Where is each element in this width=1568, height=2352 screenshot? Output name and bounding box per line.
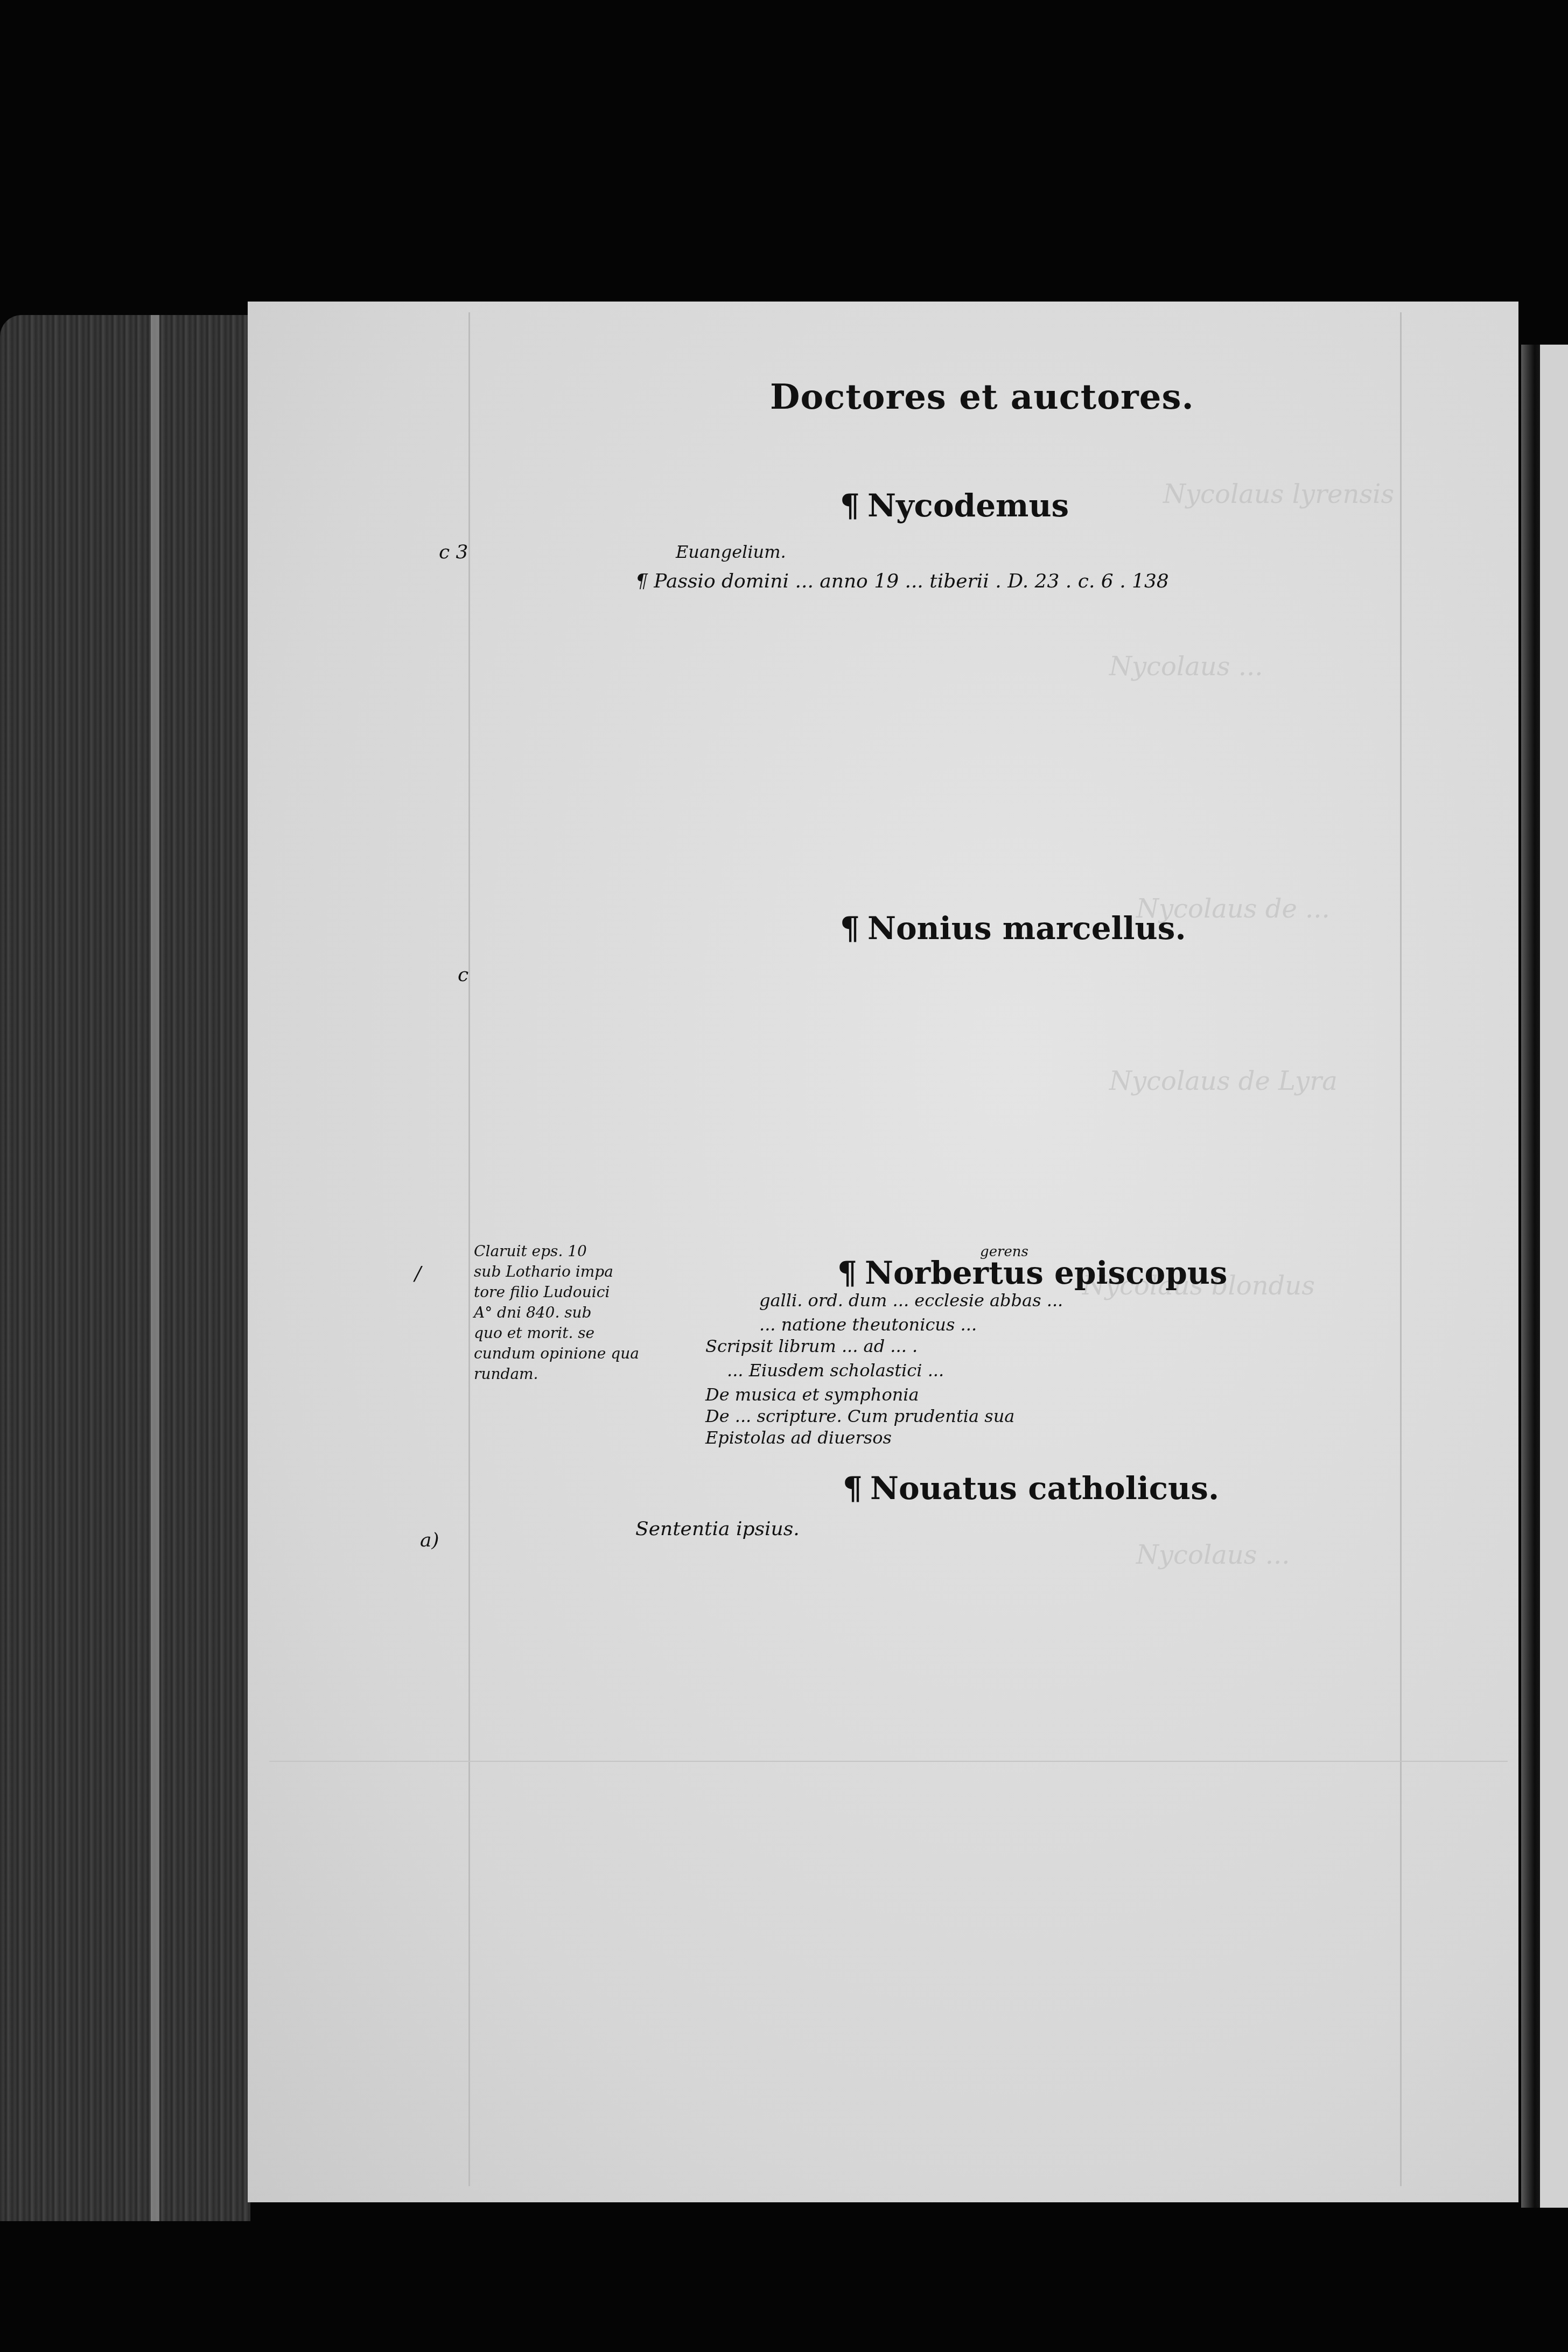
entry-line: De musica et symphonia [705, 1384, 919, 1405]
show-through-text: Nycolaus ... [1136, 1540, 1290, 1570]
entry-heading-text: Nycodemus [867, 487, 1069, 524]
entry-heading-text: Nouatus catholicus. [870, 1470, 1219, 1507]
entry-line: ... natione theutonicus ... [759, 1314, 977, 1335]
ruling-line [1400, 312, 1402, 2186]
pilcrow-icon: ¶ [840, 910, 860, 947]
margin-mark: / [415, 1263, 421, 1285]
margin-note-line: cundum opinione qua [474, 1343, 652, 1364]
margin-note-line: tore filio Ludouici [474, 1282, 652, 1303]
entry-heading-text: Norbertus episcopus [865, 1255, 1228, 1291]
entry-heading-nouatus: ¶Nouatus catholicus. [843, 1470, 1219, 1507]
show-through-text: Nycolaus ... [1109, 652, 1263, 682]
entry-line: galli. ord. dum ... ecclesie abbas ... [759, 1290, 1063, 1311]
entry-heading-nycodemus: ¶Nycodemus [840, 487, 1069, 524]
pilcrow-icon: ¶ [843, 1470, 863, 1507]
entry-heading-text: Nonius marcellus. [867, 910, 1186, 947]
margin-note-line: Claruit eps. 10 [474, 1241, 652, 1262]
entry-heading-nonius: ¶Nonius marcellus. [840, 910, 1186, 947]
margin-mark: a) [420, 1529, 439, 1551]
ruling-line [269, 1761, 1508, 1762]
entry-line: Sententia ipsius. [635, 1518, 800, 1540]
entry-line: ¶ Passio domini ... anno 19 ... tiberii … [635, 571, 1169, 592]
margin-mark: c 3 [439, 541, 468, 563]
entry-line: Epistolas ad diuersos [705, 1427, 892, 1448]
show-through-text: Nycolaus de Lyra [1109, 1066, 1338, 1096]
ruling-line [468, 312, 470, 2186]
pilcrow-icon: ¶ [837, 1255, 857, 1291]
entry-line: Scripsit librum ... ad ... . [705, 1335, 918, 1357]
entry-line: Euangelium. [676, 541, 786, 563]
margin-note-line: quo et morit. se [474, 1323, 652, 1343]
margin-note-line: rundam. [474, 1364, 652, 1384]
show-through-text: Nycolaus lyrensis [1163, 479, 1394, 509]
entry-line: ... Eiusdem scholastici ... [727, 1360, 944, 1381]
facing-page-edge [1540, 345, 1568, 2208]
margin-note-line: A° dni 840. sub [474, 1303, 652, 1323]
entry-line: De ... scripture. Cum prudentia sua [705, 1405, 1014, 1427]
margin-note: Claruit eps. 10 sub Lothario impa tore f… [474, 1241, 652, 1384]
pilcrow-icon: ¶ [840, 487, 860, 524]
margin-note-line: sub Lothario impa [474, 1262, 652, 1282]
entry-heading-norbertus: ¶Norbertus episcopus [837, 1255, 1228, 1291]
margin-mark: c [458, 964, 468, 986]
running-title: Doctores et auctores. [770, 377, 1194, 417]
book-page-edges [0, 315, 250, 2221]
